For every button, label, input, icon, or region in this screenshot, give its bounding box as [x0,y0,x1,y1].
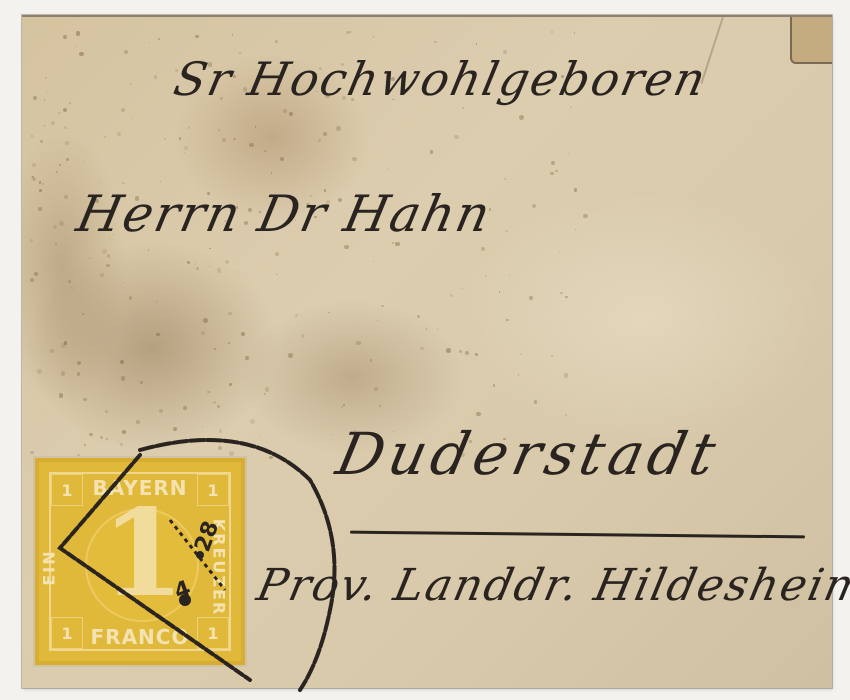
stamp-country: BAYERN [85,476,195,500]
stamp-corner-numeral: 1 [51,617,83,649]
address-line-recipient: Herrn Dr Hahn [72,185,497,243]
address-line-province: Prov. Landdr. Hildesheim [253,560,850,611]
stamp-corner-numeral: 1 [197,617,229,649]
address-line-city: Duderstadt [331,420,727,488]
stamp-corner-numeral: 1 [197,474,229,506]
postage-stamp: 1 BAYERN FRANCO EIN KREUZER 1 1 1 1 [35,458,245,665]
stamp-side-left: EIN [40,549,59,585]
address-line-honorific: Sr Hochwohlgeboren [169,52,712,106]
torn-corner [790,17,832,64]
stamp-corner-numeral: 1 [51,474,83,506]
stamp-inscription: FRANCO [85,625,195,649]
